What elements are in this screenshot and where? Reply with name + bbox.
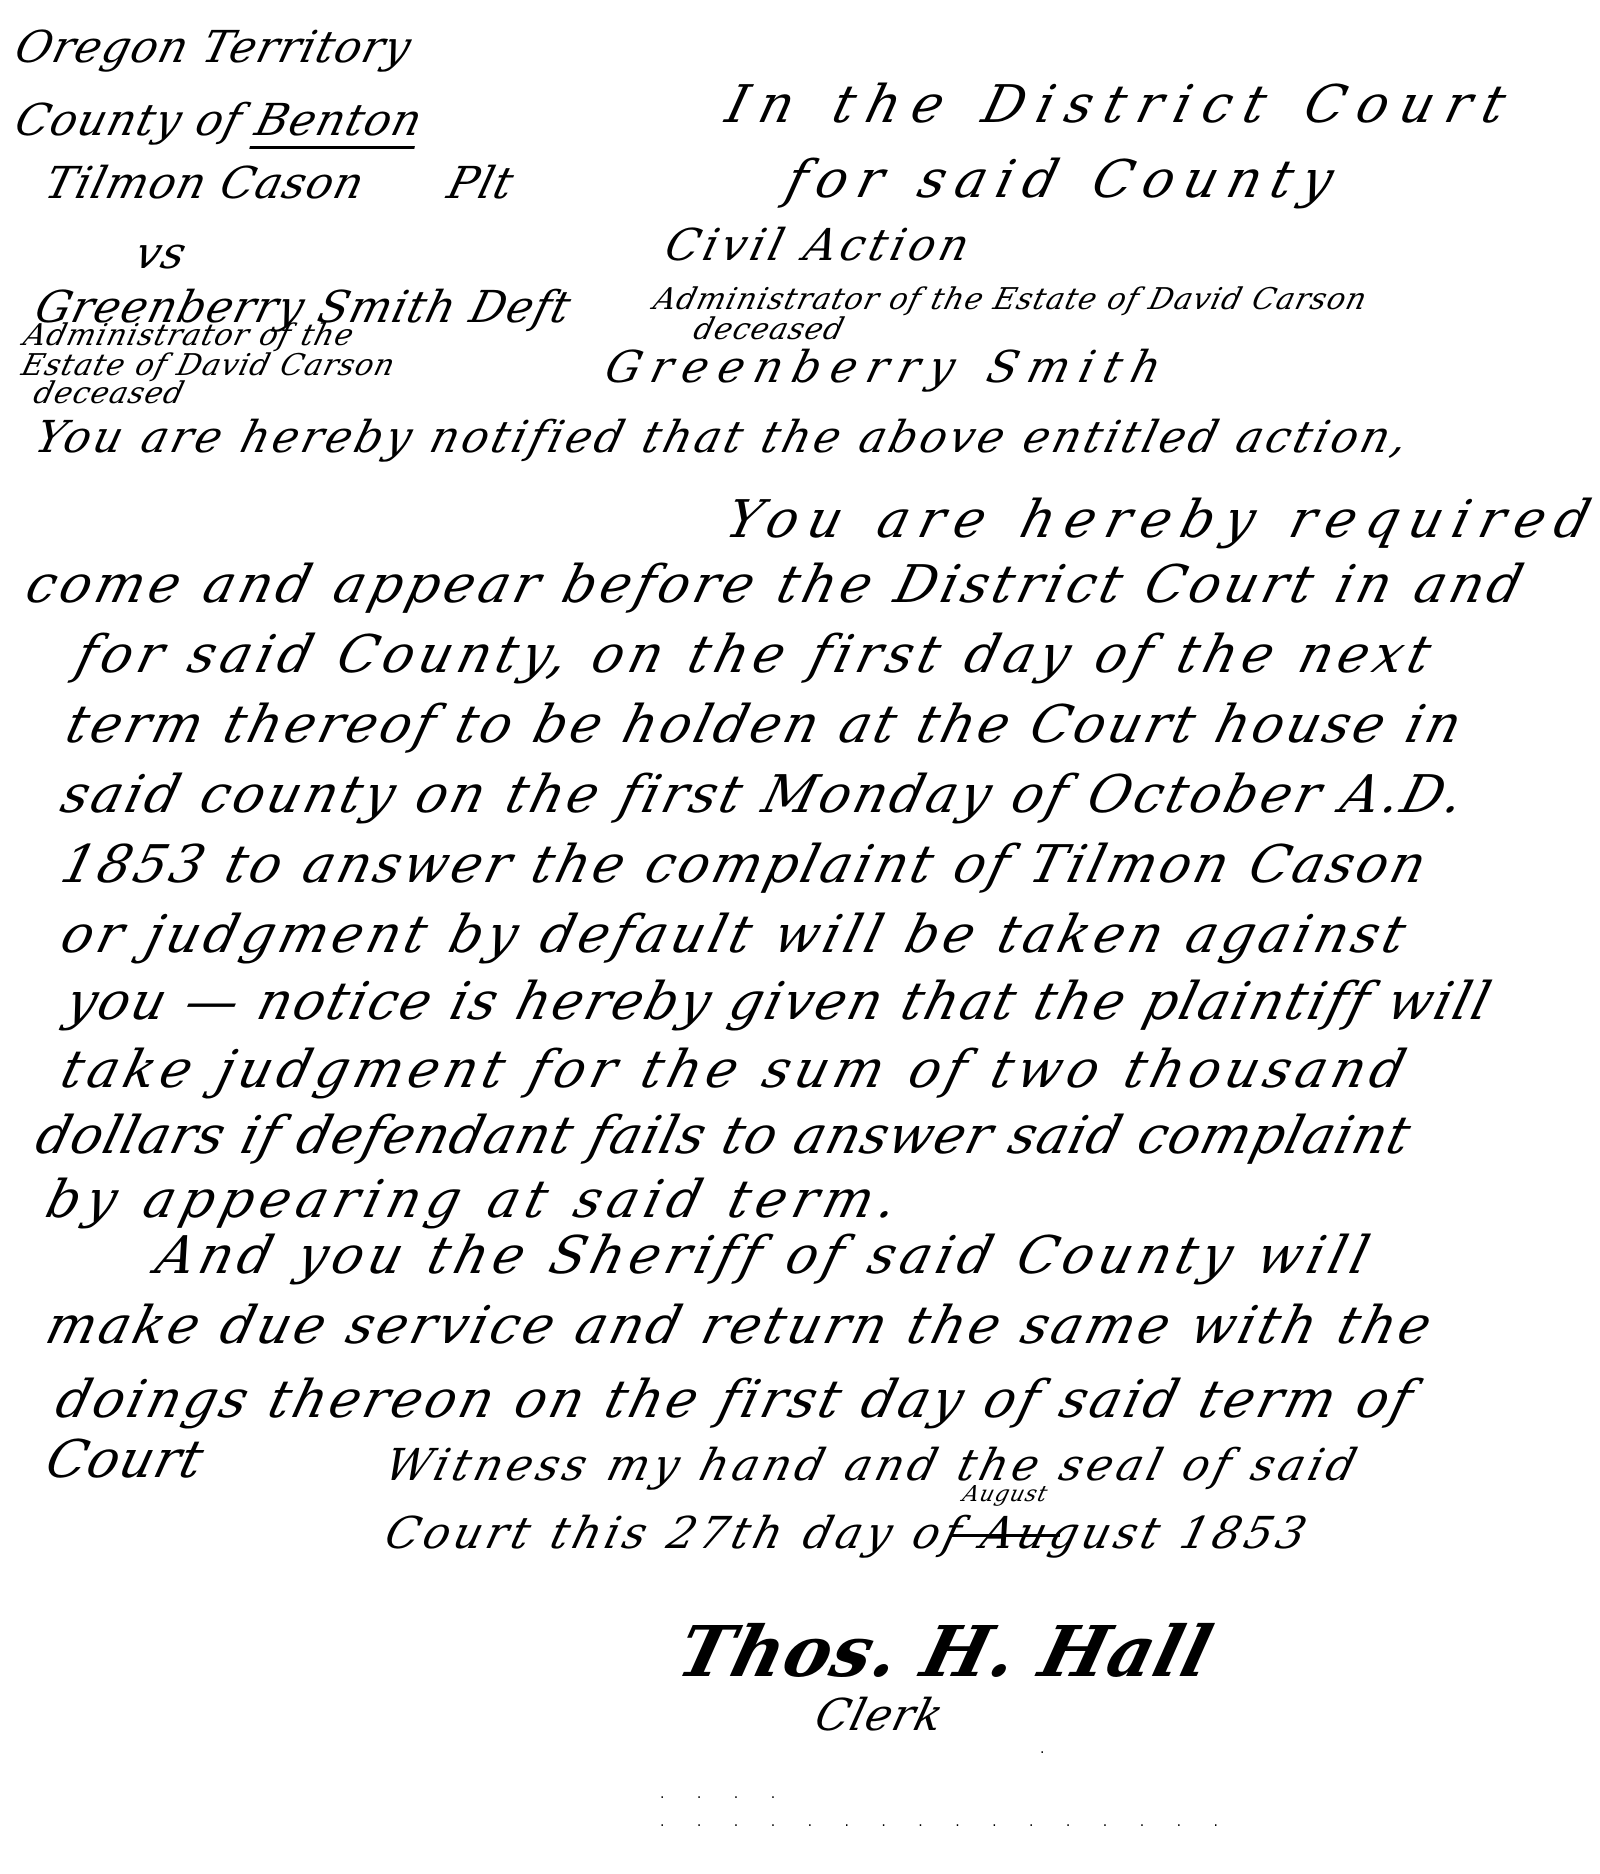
defendant-title-line3: deceased	[30, 376, 188, 411]
body-line-4: for said County, on the first day of the…	[70, 625, 1442, 685]
county-line: County of Benton	[10, 95, 428, 146]
territory-heading: Oregon Territory	[10, 22, 417, 73]
body-line-10: take judgment for the sum of two thousan…	[55, 1040, 1416, 1100]
body-line-16: Court	[40, 1430, 210, 1490]
body-line-11: dollars if defendant fails to answer sai…	[30, 1106, 1417, 1166]
plaintiff-line: Tilmon Cason Plt	[40, 158, 519, 209]
plaintiff-name: Tilmon Cason	[40, 158, 370, 209]
plaintiff-suffix: Plt	[442, 158, 519, 209]
scan-noise: · · · ·	[660, 1790, 789, 1806]
attestation-line2: Court this 27th day of August 1853	[380, 1508, 1315, 1559]
county-name: Benton	[249, 95, 428, 149]
body-line-15: doings thereon on the first day of said …	[50, 1370, 1421, 1430]
scan-noise: · · · · · · · · · · · · · · · ·	[660, 1818, 1232, 1834]
body-line-2: You are hereby required to	[720, 490, 1600, 550]
body-line-9: you — notice is hereby given that the pl…	[60, 972, 1498, 1032]
court-heading-line2: for said County	[780, 150, 1349, 210]
attestation-line1: Witness my hand and the seal of said	[380, 1440, 1366, 1491]
scan-noise: ·	[1040, 1745, 1058, 1761]
body-line-13: And you the Sheriff of said County will	[150, 1226, 1380, 1286]
county-prefix: County of	[10, 95, 248, 146]
clerk-signature: Thos. H. Hall	[670, 1610, 1221, 1693]
court-heading-line3: Civil Action	[660, 220, 978, 271]
clerk-title: Clerk	[810, 1690, 949, 1741]
versus-label: vs	[130, 228, 192, 279]
scanned-document-page: Oregon Territory County of Benton Tilmon…	[0, 0, 1600, 1874]
strikethrough-line	[950, 1534, 1060, 1537]
body-line-5: term thereof to be holden at the Court h…	[60, 695, 1470, 755]
body-line-12: by appearing at said term.	[40, 1170, 909, 1230]
body-line-7: 1853 to answer the complaint of Tilmon C…	[55, 835, 1435, 895]
body-line-3: come and appear before the District Cour…	[20, 555, 1533, 615]
court-heading-line1: In the District Court	[720, 75, 1523, 135]
body-line-14: make due service and return the same wit…	[40, 1296, 1440, 1356]
attestation-inserted-month: August	[960, 1482, 1051, 1507]
body-line-0: Greenberry Smith	[600, 342, 1176, 393]
body-line-1: You are hereby notified that the above e…	[30, 412, 1416, 463]
body-line-6: said county on the first Monday of Octob…	[55, 765, 1472, 825]
body-line-8: or judgment by default will be taken aga…	[55, 905, 1416, 965]
